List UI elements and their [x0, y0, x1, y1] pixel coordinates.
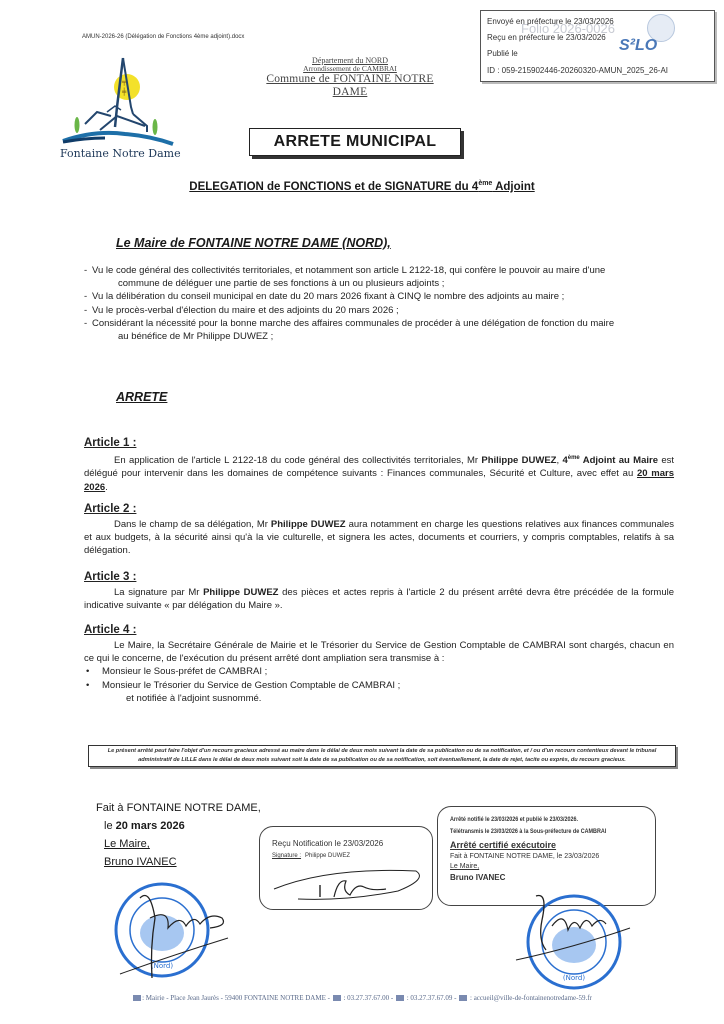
considerations-list: Vu le code général des collectivités ter… [84, 264, 684, 343]
document-filename: AMUN-2026-26 (Délégation de Fonctions 4è… [82, 34, 244, 40]
footer-contact: : Mairie - Place Jean Jaurès - 59400 FON… [0, 994, 724, 1002]
certified-label: Arrêté certifié exécutoire [450, 840, 556, 850]
svg-text:╤: ╤ [121, 78, 127, 86]
notified-line: et notifiée à l'adjoint susnommé. [84, 692, 674, 705]
signature-date: le 20 mars 2026 [96, 817, 261, 835]
svg-text:(Nord): (Nord) [563, 974, 585, 982]
certified-place-date: Fait à FONTAINE NOTRE DAME, le 23/03/202… [450, 853, 599, 860]
document-subtitle: DELEGATION de FONCTIONS et de SIGNATURE … [0, 180, 724, 193]
signature-block: Fait à FONTAINE NOTRE DAME, le 20 mars 2… [96, 799, 261, 871]
svg-text:╪: ╪ [121, 87, 127, 96]
consideration-item: Vu le procès-verbal d'élection du maire … [84, 304, 684, 317]
mayor-role: Le Maire, [96, 835, 261, 853]
certified-name: Bruno IVANEC [450, 873, 505, 882]
receipt-box: Reçu Notification le 23/03/2026 Signatur… [259, 826, 433, 910]
consideration-item: Vu la délibération du conseil municipal … [84, 290, 684, 303]
article-body: La signature par Mr Philippe DUWEZ des p… [84, 586, 674, 612]
sent-date: Envoyé en préfecture le 23/03/2026 [487, 17, 614, 26]
mairie-seal-right: (Nord) [512, 890, 622, 1000]
arrondissement-label: Arrondissement de CAMBRAI [250, 65, 450, 73]
phone-icon [333, 995, 341, 1001]
article-3: Article 3 : La signature par Mr Philippe… [84, 570, 674, 612]
church-logo-icon: ╤ ╪ [55, 52, 175, 152]
article-1: Article 1 : En application de l'article … [84, 436, 674, 494]
commune-header: Département du NORD Arrondissement de CA… [250, 56, 450, 99]
article-body: Le Maire, la Secrétaire Générale de Mair… [84, 639, 674, 665]
receipt-signer: Signature :Philippe DUWEZ [272, 853, 350, 859]
published-label: Publié le [487, 49, 518, 58]
adjoint-signature-icon [268, 861, 426, 905]
fax-icon [396, 995, 404, 1001]
svg-text:(Nord): (Nord) [151, 962, 173, 970]
mayor-name: Bruno IVANEC [96, 853, 261, 871]
article-4: Article 4 : Le Maire, la Secrétaire Géné… [84, 623, 674, 705]
arrete-heading: ARRETE [116, 390, 167, 404]
prefecture-stamp: Folio 2026-0026 Envoyé en préfecture le … [480, 10, 715, 82]
received-date: Reçu en préfecture le 23/03/2026 [487, 33, 606, 42]
recipient-item: Monsieur le Trésorier du Service de Gest… [84, 679, 674, 692]
official-seal-icon: (Nord) [512, 890, 632, 1000]
mairie-seal-left: (Nord) [110, 878, 220, 988]
consideration-item: Considérant la nécessité pour la bonne m… [84, 317, 684, 343]
email-icon [459, 995, 467, 1001]
notified-published-line: Arrêté notifié le 23/03/2026 et publié l… [450, 816, 578, 823]
article-2: Article 2 : Dans le champ de sa délégati… [84, 502, 674, 558]
consideration-item: Vu le code général des collectivités ter… [84, 264, 684, 290]
signature-place: Fait à FONTAINE NOTRE DAME, [96, 799, 261, 817]
article-title: Article 4 : [84, 623, 674, 638]
act-id: ID : 059-215902446-20260320-AMUN_2025_26… [487, 66, 668, 75]
address-icon [133, 995, 141, 1001]
recipient-item: Monsieur le Sous-préfet de CAMBRAI ; [84, 665, 674, 678]
article-body: Dans le champ de sa délégation, Mr Phili… [84, 518, 674, 558]
page-title: ARRETE MUNICIPAL [249, 128, 461, 156]
maire-heading: Le Maire de FONTAINE NOTRE DAME (NORD), [116, 236, 391, 250]
transmitted-line: Télétransmis le 23/03/2026 à la Sous-pré… [450, 828, 606, 835]
official-seal-icon: (Nord) [110, 878, 240, 988]
commune-label: Commune de FONTAINE NOTRE DAME [250, 73, 450, 99]
article-body: En application de l'article L 2122-18 du… [84, 452, 674, 494]
article-title: Article 1 : [84, 436, 674, 451]
certified-role: Le Maire, [450, 863, 479, 870]
article-title: Article 2 : [84, 502, 674, 517]
recipient-list: Monsieur le Sous-préfet de CAMBRAI ; Mon… [84, 665, 674, 691]
appeal-notice: Le présent arrêté peut faire l'objet d'u… [88, 745, 676, 767]
s2lo-logo-icon: S²LO [619, 37, 657, 55]
article-title: Article 3 : [84, 570, 674, 585]
receipt-date: Reçu Notification le 23/03/2026 [272, 839, 383, 848]
logo-text: Fontaine Notre Dame [60, 147, 181, 160]
